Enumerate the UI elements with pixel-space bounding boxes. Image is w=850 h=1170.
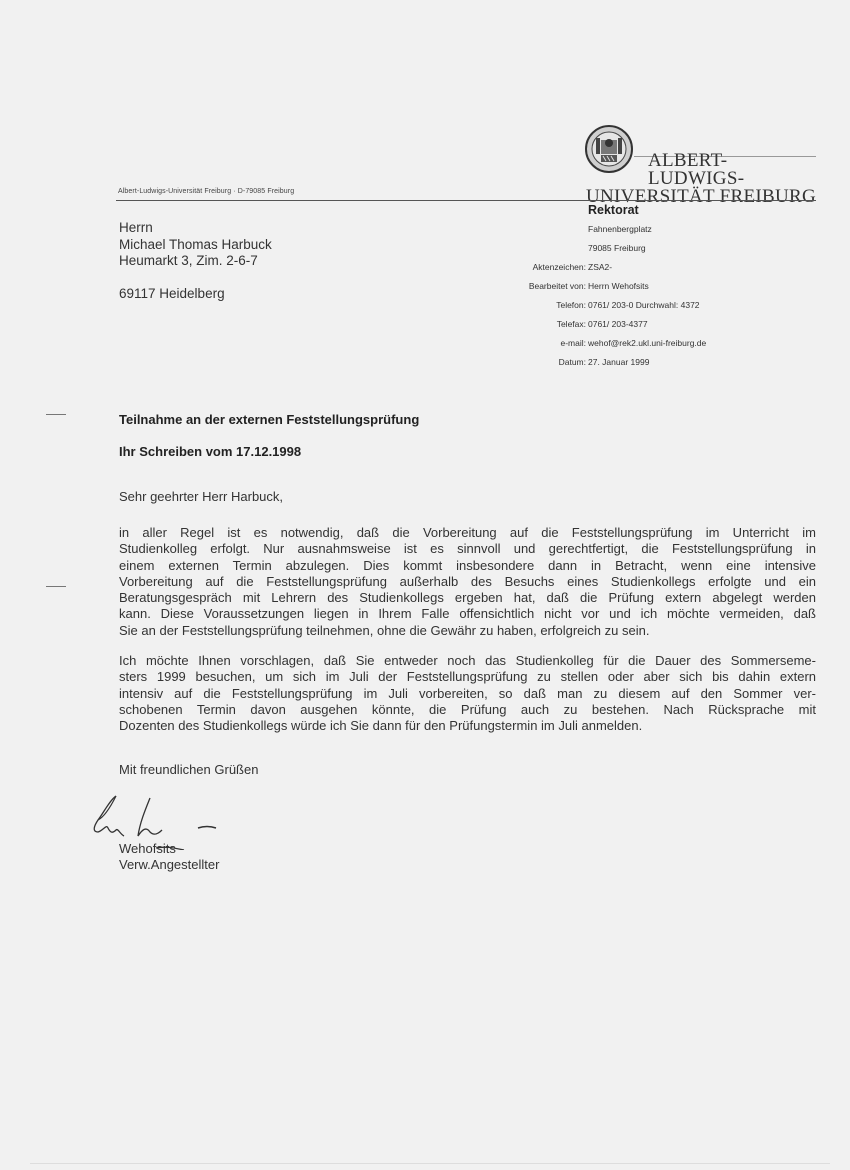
field-file-number: Aktenzeichen:ZSA2- [500,262,820,272]
recipient-address: Herrn Michael Thomas Harbuck Heumarkt 3,… [119,220,272,302]
field-phone: Telefon:0761/ 203-0 Durchwahl: 4372 [500,300,820,310]
letter-subject: Teilnahme an der externen Feststellungsp… [119,412,419,427]
recipient-street: Heumarkt 3, Zim. 2-6-7 [119,253,272,270]
fold-mark [46,586,66,587]
field-email: e-mail:wehof@rek2.ukl.uni-freiburg.de [500,338,820,348]
university-name-line1: ALBERT-LUDWIGS- [598,152,818,188]
field-date: Datum:27. Januar 1999 [500,357,820,367]
signer-block: Wehofsits Verw.Angestellter [119,841,219,873]
field-handled-by: Bearbeitet von:Herrn Wehofsits [500,281,820,291]
recipient-city: 69117 Heidelberg [119,286,272,303]
signer-name: Wehofsits [119,841,219,857]
fold-mark [46,414,66,415]
university-name: ALBERT-LUDWIGS- UNIVERSITÄT FREIBURG [586,152,818,206]
sender-city: 79085 Freiburg [586,243,646,253]
field-fax: Telefax:0761/ 203-4377 [500,319,820,329]
letter-salutation: Sehr geehrter Herr Harbuck, [119,489,283,504]
recipient-name: Michael Thomas Harbuck [119,237,272,254]
signer-title: Verw.Angestellter [119,857,219,873]
sender-rule [116,200,816,201]
paragraph-2: Ich möchte Ihnen vorschlagen, daß Sie en… [119,653,816,734]
paragraph-1: in aller Regel ist es notwendig, daß die… [119,525,816,639]
recipient-salutation-line: Herrn [119,220,272,237]
scan-edge-line [30,1163,830,1164]
sender-street: Fahnenbergplatz [586,224,652,234]
sender-return-address: Albert-Ludwigs-Universität Freiburg · D-… [118,188,294,195]
letter-reference: Ihr Schreiben vom 17.12.1998 [119,444,301,459]
letter-closing: Mit freundlichen Grüßen [119,762,258,777]
department: Rektorat [588,203,639,217]
